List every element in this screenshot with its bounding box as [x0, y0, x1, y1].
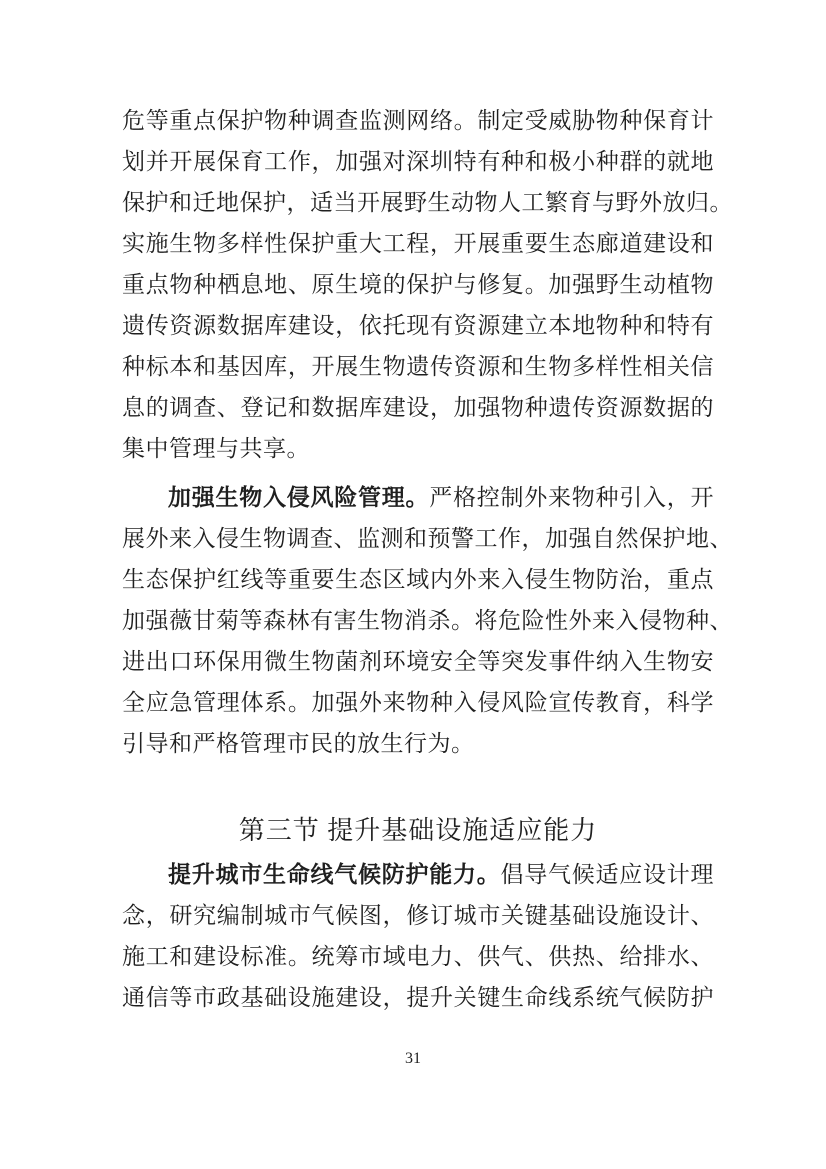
- text-line: 全应急管理体系。加强外来物种入侵风险宣传教育，科学: [122, 682, 714, 723]
- text-line: 引导和严格管理市民的放生行为。: [122, 723, 714, 764]
- paragraph-lead-bold: 提升城市生命线气候防护能力。: [168, 862, 501, 887]
- text-line: 划并开展保育工作，加强对深圳特有种和极小种群的就地: [122, 141, 714, 182]
- text-line: 展外来入侵生物调查、监测和预警工作，加强自然保护地、: [122, 518, 714, 559]
- document-page: 危等重点保护物种调查监测网络。制定受威胁物种保育计 划并开展保育工作，加强对深圳…: [0, 0, 826, 1169]
- page-number: 31: [0, 1048, 826, 1070]
- section-heading: 第三节 提升基础设施适应能力: [122, 808, 714, 854]
- text-line: 息的调查、登记和数据库建设，加强物种遗传资源数据的: [122, 387, 714, 428]
- text-line: 种标本和基因库，开展生物遗传资源和生物多样性相关信: [122, 346, 714, 387]
- text-line: 保护和迁地保护，适当开展野生动物人工繁育与野外放归。: [122, 182, 714, 223]
- text-line: 生态保护红线等重要生态区域内外来入侵生物防治，重点: [122, 559, 714, 600]
- text-line: 遗传资源数据库建设，依托现有资源建立本地物种和特有: [122, 305, 714, 346]
- text-line: 实施生物多样性保护重大工程，开展重要生态廊道建设和: [122, 223, 714, 264]
- paragraph-infrastructure: 提升城市生命线气候防护能力。倡导气候适应设计理 念，研究编制城市气候图，修订城市…: [122, 854, 714, 1018]
- text-line: 危等重点保护物种调查监测网络。制定受威胁物种保育计: [122, 100, 714, 141]
- text-block: 危等重点保护物种调查监测网络。制定受威胁物种保育计 划并开展保育工作，加强对深圳…: [122, 100, 714, 1018]
- text-run: 倡导气候适应设计理: [501, 862, 715, 887]
- text-line: 加强生物入侵风险管理。严格控制外来物种引入，开: [122, 477, 714, 518]
- text-line: 施工和建设标准。统筹市域电力、供气、供热、给排水、: [122, 936, 714, 977]
- text-line: 进出口环保用微生物菌剂环境安全等突发事件纳入生物安: [122, 641, 714, 682]
- text-line: 提升城市生命线气候防护能力。倡导气候适应设计理: [122, 854, 714, 895]
- text-line: 重点物种栖息地、原生境的保护与修复。加强野生动植物: [122, 264, 714, 305]
- text-line: 念，研究编制城市气候图，修订城市关键基础设施设计、: [122, 895, 714, 936]
- paragraph-lead-bold: 加强生物入侵风险管理。: [168, 485, 429, 510]
- text-line: 通信等市政基础设施建设，提升关键生命线系统气候防护: [122, 977, 714, 1018]
- text-line: 集中管理与共享。: [122, 428, 714, 469]
- paragraph-bio-invasion: 加强生物入侵风险管理。严格控制外来物种引入，开 展外来入侵生物调查、监测和预警工…: [122, 477, 714, 764]
- paragraph-biodiversity: 危等重点保护物种调查监测网络。制定受威胁物种保育计 划并开展保育工作，加强对深圳…: [122, 100, 714, 469]
- text-run: 严格控制外来物种引入，开: [429, 485, 714, 510]
- text-line: 加强薇甘菊等森林有害生物消杀。将危险性外来入侵物种、: [122, 600, 714, 641]
